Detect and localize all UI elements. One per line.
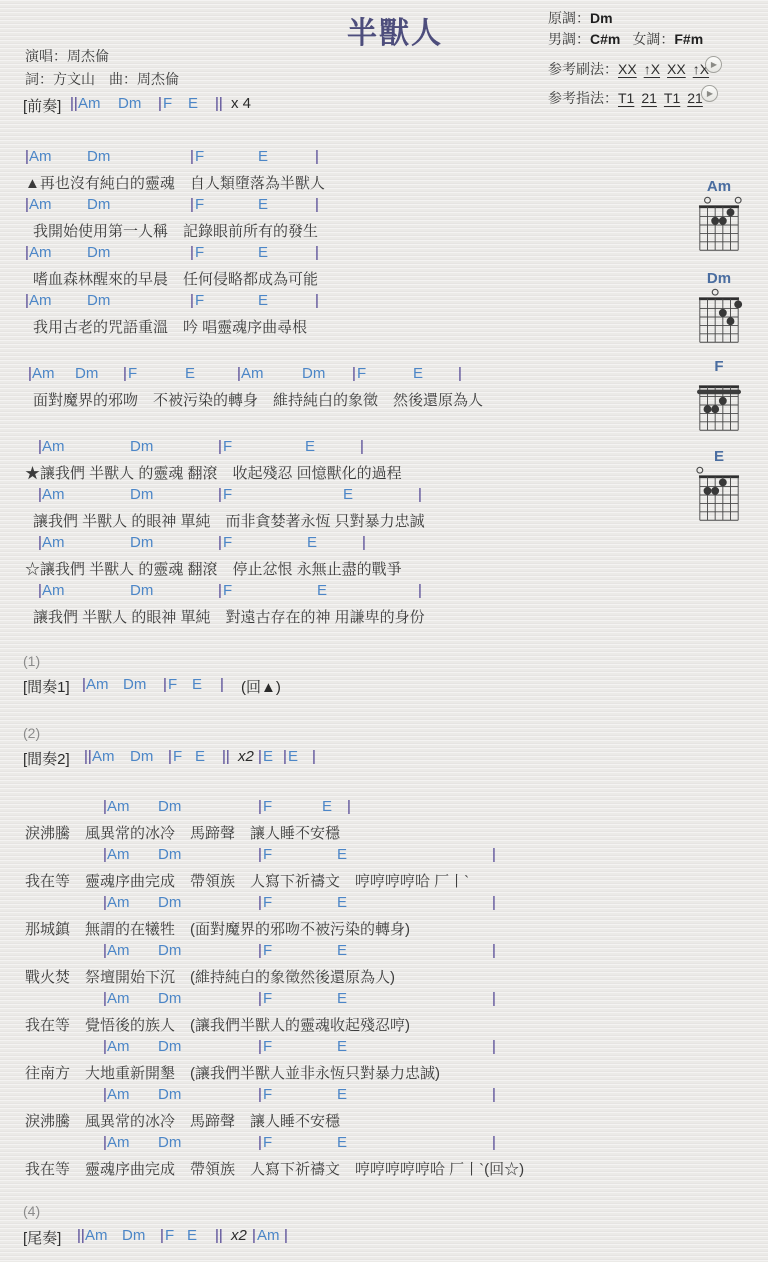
chord-token: Am xyxy=(107,798,130,815)
chord-sheet: 半獸人 演唱：周杰倫 詞：方文山 曲：周杰倫 原調：Dm 男調：C#m女調：F#… xyxy=(0,0,768,1262)
chord-token: Am xyxy=(42,582,65,599)
barline-token: || xyxy=(222,748,230,765)
barline-token: | xyxy=(347,798,351,815)
chord-token: Dm xyxy=(130,438,153,455)
chord-token: Dm xyxy=(302,365,325,382)
chord-token: Am xyxy=(107,990,130,1007)
chord-token: E xyxy=(288,748,298,765)
chord-token: E xyxy=(337,1134,347,1151)
chord-line: |AmDm|FE| xyxy=(0,894,768,916)
lyric-line: 戰火焚 祭壇開始下沉 (維持純白的象徵然後還原為人) xyxy=(25,966,395,988)
chord-diagram-dm: Dm xyxy=(690,270,748,346)
chord-token: E xyxy=(258,148,268,165)
chord-token: Dm xyxy=(87,244,110,261)
original-key-label: 原調： xyxy=(548,10,590,26)
chord-token: Dm xyxy=(130,748,153,765)
fretboard-grid-icon xyxy=(693,466,745,524)
performer-credit: 演唱：周杰倫 xyxy=(25,46,109,66)
barline-token: | xyxy=(218,438,222,455)
chord-token: Am xyxy=(29,148,52,165)
chord-diagram-f: F xyxy=(690,358,748,434)
barline-token: | xyxy=(158,95,162,112)
lyric-line: 我在等 覺悟後的族人 (讓我們半獸人的靈魂收起殘忍哼) xyxy=(25,1014,410,1036)
barline-token: | xyxy=(362,534,366,551)
lyric-line: ▲再也沒有純白的靈魂 自人類墮落為半獸人 xyxy=(25,172,325,194)
chord-token: Am xyxy=(241,365,264,382)
section-label: x 4 xyxy=(231,95,251,112)
chord-token: E xyxy=(187,1227,197,1244)
chord-token: E xyxy=(337,1086,347,1103)
section-number: (4) xyxy=(23,1203,40,1225)
chord-line: |AmDm|FE|AmDm|FE| xyxy=(0,365,768,387)
chord-token: Am xyxy=(86,676,109,693)
chord-token: F xyxy=(128,365,137,382)
barline-token: | xyxy=(352,365,356,382)
female-key-value: F#m xyxy=(674,31,703,47)
original-key-row: 原調：Dm xyxy=(548,8,613,28)
barline-token: | xyxy=(258,942,262,959)
chord-line: |AmDm|FE| xyxy=(0,990,768,1012)
chord-line: |AmDm|FE| xyxy=(0,942,768,964)
gender-key-row: 男調：C#m女調：F#m xyxy=(548,29,703,49)
barline-token: || xyxy=(77,1227,85,1244)
chord-token: Am xyxy=(42,534,65,551)
barline-token: | xyxy=(315,196,319,213)
chord-diagram-am: Am xyxy=(690,178,748,254)
barline-token: | xyxy=(218,534,222,551)
chord-token: F xyxy=(223,582,232,599)
lyric-line: 那城鎮 無謂的在犧牲 (面對魔界的邪吻不被污染的轉身) xyxy=(25,918,410,940)
chord-line: |AmDm|FE| xyxy=(0,534,768,556)
chord-token: F xyxy=(263,1134,272,1151)
chord-token: Dm xyxy=(123,676,146,693)
fretboard-grid-icon xyxy=(693,376,745,434)
barline-token: | xyxy=(258,1134,262,1151)
chord-line: |AmDm|FE| xyxy=(0,196,768,218)
lyric-line: 淚沸騰 風異常的冰冷 馬蹄聲 讓人睡不安穩 xyxy=(25,822,340,844)
chord-token: F xyxy=(223,486,232,503)
chord-token: E xyxy=(263,748,273,765)
chord-line: |AmDm|FE| xyxy=(0,846,768,868)
chord-token: Am xyxy=(29,196,52,213)
chord-token: Dm xyxy=(158,798,181,815)
original-key-value: Dm xyxy=(590,10,613,26)
chord-token: F xyxy=(263,990,272,1007)
chord-line: |AmDm|FE| xyxy=(0,798,768,820)
strum-label: 参考刷法： xyxy=(548,61,618,77)
section-label: [前奏] xyxy=(23,95,61,116)
chord-token: E xyxy=(188,95,198,112)
outro-line: [尾奏]||AmDm|FE||x2|Am| xyxy=(0,1227,768,1249)
chord-token: Am xyxy=(92,748,115,765)
chord-line: |AmDm|FE| xyxy=(0,148,768,170)
chord-token: E xyxy=(258,292,268,309)
chord-diagram-name: Dm xyxy=(690,270,748,287)
section-number: (1) xyxy=(23,653,40,675)
chord-token: Am xyxy=(29,292,52,309)
fretboard-grid-icon xyxy=(693,288,745,346)
chord-token: E xyxy=(258,244,268,261)
chord-token: E xyxy=(307,534,317,551)
chord-token: Dm xyxy=(87,292,110,309)
chord-token: F xyxy=(263,894,272,911)
chord-token: F xyxy=(173,748,182,765)
barline-token: || xyxy=(70,95,78,112)
chord-token: E xyxy=(337,990,347,1007)
chord-token: E xyxy=(337,1038,347,1055)
barline-token: | xyxy=(315,148,319,165)
chord-token: E xyxy=(337,846,347,863)
chord-token: E xyxy=(192,676,202,693)
interlude2-line: [間奏2]||AmDm|FE||x2|E|E| xyxy=(0,748,768,770)
barline-token: | xyxy=(190,196,194,213)
chord-line: |AmDm|FE| xyxy=(0,292,768,314)
chord-token: F xyxy=(165,1227,174,1244)
intro-line: [前奏]||AmDm|FE||x 4 xyxy=(0,95,768,117)
chord-token: Dm xyxy=(158,1134,181,1151)
chord-token: F xyxy=(163,95,172,112)
chord-token: Am xyxy=(42,486,65,503)
strum-group: XX xyxy=(618,61,637,77)
barline-token: | xyxy=(190,292,194,309)
chord-token: Dm xyxy=(130,486,153,503)
chord-token: Am xyxy=(32,365,55,382)
chord-token: Am xyxy=(78,95,101,112)
strum-group: ↑X xyxy=(644,61,660,77)
chord-token: Dm xyxy=(158,894,181,911)
lyric-line: 我在等 靈魂序曲完成 帶領族 人寫下祈禱文 哼哼哼哼哼哈 厂丨`(回☆) xyxy=(25,1158,524,1180)
barline-token: | xyxy=(492,1038,496,1055)
chord-token: F xyxy=(195,244,204,261)
chord-token: Dm xyxy=(158,1038,181,1055)
lyric-line: 往南方 大地重新開墾 (讓我們半獸人並非永恆只對暴力忠誠) xyxy=(25,1062,440,1084)
chord-token: F xyxy=(195,196,204,213)
chord-token: E xyxy=(185,365,195,382)
chord-token: Am xyxy=(107,1086,130,1103)
barline-token: | xyxy=(492,990,496,1007)
chord-line: |AmDm|FE| xyxy=(0,438,768,460)
barline-token: | xyxy=(160,1227,164,1244)
chord-line: |AmDm|FE| xyxy=(0,1038,768,1060)
male-key-value: C#m xyxy=(590,31,620,47)
chord-token: Dm xyxy=(122,1227,145,1244)
barline-token: | xyxy=(458,365,462,382)
chord-token: F xyxy=(195,148,204,165)
lyric-line: 我開始使用第一人稱 記錄眼前所有的發生 xyxy=(33,220,318,242)
barline-token: | xyxy=(258,894,262,911)
barline-token: | xyxy=(218,582,222,599)
barline-token: | xyxy=(258,1038,262,1055)
lyric-line: 面對魔界的邪吻 不被污染的轉身 維持純白的象徵 然後還原為人 xyxy=(33,389,483,411)
chord-token: F xyxy=(263,1086,272,1103)
interlude1-line: [間奏1]|AmDm|FE|(回▲) xyxy=(0,676,768,698)
chord-token: E xyxy=(343,486,353,503)
chord-diagram-name: E xyxy=(690,448,748,465)
chord-token: Dm xyxy=(130,582,153,599)
chord-token: Am xyxy=(42,438,65,455)
lyric-line: 我在等 靈魂序曲完成 帶領族 人寫下祈禱文 哼哼哼哼哈 厂丨` xyxy=(25,870,469,892)
barline-token: | xyxy=(258,990,262,1007)
strum-play-button[interactable]: ▶ xyxy=(705,56,722,73)
barline-token: | xyxy=(315,292,319,309)
chord-token: F xyxy=(263,798,272,815)
chord-diagram-e: E xyxy=(690,448,748,524)
chord-token: E xyxy=(317,582,327,599)
barline-token: | xyxy=(218,486,222,503)
barline-token: | xyxy=(258,748,262,765)
play-icon: ▶ xyxy=(711,61,717,69)
chord-token: F xyxy=(263,846,272,863)
chord-line: |AmDm|FE| xyxy=(0,1086,768,1108)
lyric-line: 嗜血森林醒來的早晨 任何侵略都成為可能 xyxy=(33,268,318,290)
barline-token: | xyxy=(418,582,422,599)
barline-token: | xyxy=(252,1227,256,1244)
female-key-label: 女調： xyxy=(632,31,674,47)
barline-token: | xyxy=(492,894,496,911)
lyric-line: ★讓我們 半獸人 的靈魂 翻滾 收起殘忍 回憶獸化的過程 xyxy=(25,462,402,484)
section-label: [間奏1] xyxy=(23,676,70,697)
section-number: (2) xyxy=(23,725,40,747)
chord-token: E xyxy=(337,894,347,911)
section-label: [尾奏] xyxy=(23,1227,61,1248)
barline-token: | xyxy=(312,748,316,765)
barline-token: | xyxy=(220,676,224,693)
barline-token: | xyxy=(283,748,287,765)
strum-group: XX xyxy=(667,61,686,77)
lyric-line: 讓我們 半獸人 的眼神 單純 而非貪婪著永恆 只對暴力忠誠 xyxy=(33,510,425,532)
chord-token: Dm xyxy=(158,1086,181,1103)
chord-token: F xyxy=(223,534,232,551)
barline-token: | xyxy=(492,1086,496,1103)
strum-pattern-row: 参考刷法：XX↑XXX↑X xyxy=(548,59,716,79)
barline-token: | xyxy=(284,1227,288,1244)
chord-token: F xyxy=(263,942,272,959)
chord-token: Am xyxy=(107,846,130,863)
chord-token: Dm xyxy=(118,95,141,112)
chord-token: Am xyxy=(29,244,52,261)
chord-token: Dm xyxy=(75,365,98,382)
chord-token: Dm xyxy=(87,196,110,213)
section-label: [間奏2] xyxy=(23,748,70,769)
barline-token: | xyxy=(190,244,194,261)
chord-token: Dm xyxy=(158,990,181,1007)
chord-line: |AmDm|FE| xyxy=(0,244,768,266)
chord-token: Am xyxy=(257,1227,280,1244)
lyricist-composer-credit: 詞：方文山 曲：周杰倫 xyxy=(25,69,179,89)
barline-token: | xyxy=(418,486,422,503)
barline-token: | xyxy=(360,438,364,455)
repeat-token: x2 xyxy=(238,748,254,765)
chord-token: E xyxy=(337,942,347,959)
male-key-label: 男調： xyxy=(548,31,590,47)
chord-token: Am xyxy=(107,1038,130,1055)
chord-token: F xyxy=(195,292,204,309)
barline-token: | xyxy=(492,846,496,863)
barline-token: | xyxy=(258,846,262,863)
barline-token: || xyxy=(84,748,92,765)
barline-token: | xyxy=(492,1134,496,1151)
barline-token: | xyxy=(163,676,167,693)
chord-token: F xyxy=(168,676,177,693)
chord-line: |AmDm|FE| xyxy=(0,1134,768,1156)
chord-token: E xyxy=(195,748,205,765)
chord-diagram-name: F xyxy=(690,358,748,375)
barline-token: | xyxy=(315,244,319,261)
barline-token: | xyxy=(258,1086,262,1103)
barline-token: || xyxy=(215,95,223,112)
chord-line: |AmDm|FE| xyxy=(0,486,768,508)
lyric-line: 讓我們 半獸人 的眼神 單純 對遠古存在的神 用謙卑的身份 xyxy=(33,606,425,628)
lyric-line: 淚沸騰 風異常的冰冷 馬蹄聲 讓人睡不安穩 xyxy=(25,1110,340,1132)
chord-token: E xyxy=(258,196,268,213)
chord-token: Am xyxy=(107,1134,130,1151)
chord-token: Am xyxy=(107,942,130,959)
chord-token: F xyxy=(263,1038,272,1055)
barline-token: | xyxy=(168,748,172,765)
chord-token: E xyxy=(305,438,315,455)
chord-token: F xyxy=(357,365,366,382)
chord-token: E xyxy=(322,798,332,815)
lyric-line: ☆讓我們 半獸人 的靈魂 翻滾 停止忿恨 永無止盡的戰爭 xyxy=(25,558,402,580)
chord-token: Dm xyxy=(130,534,153,551)
chord-diagram-name: Am xyxy=(690,178,748,195)
chord-token: Am xyxy=(85,1227,108,1244)
chord-token: Dm xyxy=(158,846,181,863)
barline-token: | xyxy=(492,942,496,959)
barline-token: || xyxy=(215,1227,223,1244)
lyric-line: 我用古老的咒語重溫 吟 唱靈魂序曲尋根 xyxy=(33,316,307,338)
repeat-token: x2 xyxy=(231,1227,247,1244)
chord-line: |AmDm|FE| xyxy=(0,582,768,604)
section-label: (回▲) xyxy=(241,676,281,697)
barline-token: | xyxy=(258,798,262,815)
chord-token: F xyxy=(223,438,232,455)
chord-token: Am xyxy=(107,894,130,911)
chord-token: Dm xyxy=(87,148,110,165)
barline-token: | xyxy=(123,365,127,382)
chord-token: Dm xyxy=(158,942,181,959)
barline-token: | xyxy=(190,148,194,165)
chord-token: E xyxy=(413,365,423,382)
fretboard-grid-icon xyxy=(693,196,745,254)
page-title: 半獸人 xyxy=(347,8,443,52)
